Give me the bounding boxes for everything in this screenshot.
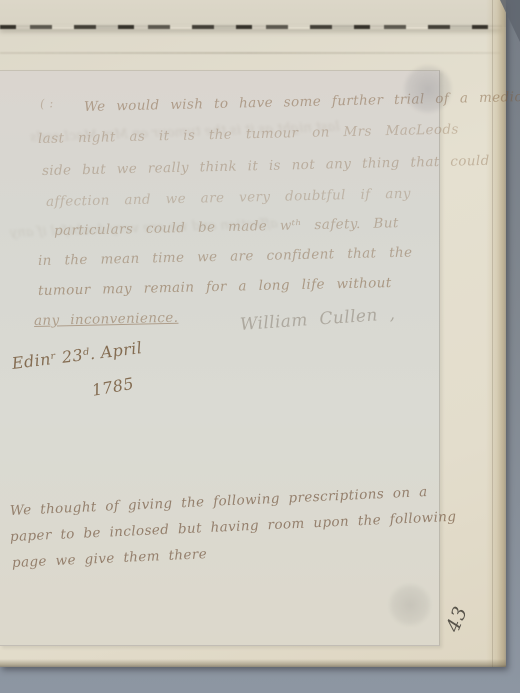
album-page: last night as it is the tumour on Mrs Ma… — [0, 0, 506, 667]
manuscript-line: We would wish to have some further trial… — [84, 89, 520, 115]
album-top-strip — [0, 0, 506, 27]
soft-crease-line — [0, 52, 500, 54]
gutter-crease-line — [0, 25, 502, 29]
dateline-place-day: Edinʳ 23ᵈ. April — [11, 338, 143, 373]
manuscript-line: affection and we are very doubtful if an… — [46, 186, 411, 210]
paper-stain — [403, 64, 453, 114]
letter-sheet: last night as it is the tumour on Mrs Ma… — [0, 70, 440, 646]
folio-number: 43 — [442, 603, 472, 636]
manuscript-photo: last night as it is the tumour on Mrs Ma… — [0, 0, 520, 693]
manuscript-line: any inconvenience. — [34, 310, 179, 329]
signature-william-cullen: William Cullen , — [239, 304, 396, 335]
manuscript-line: last night as it is the tumour on Mrs Ma… — [38, 121, 459, 147]
opening-mark: ( : — [40, 96, 55, 111]
paper-stain — [388, 583, 432, 627]
manuscript-line: in the mean time we are confident that t… — [38, 245, 413, 269]
manuscript-line: side but we really think it is not any t… — [42, 153, 490, 179]
manuscript-line: tumour may remain for a long life withou… — [38, 275, 392, 299]
page-bottom-edge — [0, 659, 506, 667]
manuscript-line: particulars could be made wᵗʰ safety. Bu… — [54, 215, 399, 239]
corner-shadow — [500, 0, 520, 42]
postscript-line: page we give them there — [12, 546, 208, 571]
dateline-year: 1785 — [90, 374, 135, 400]
